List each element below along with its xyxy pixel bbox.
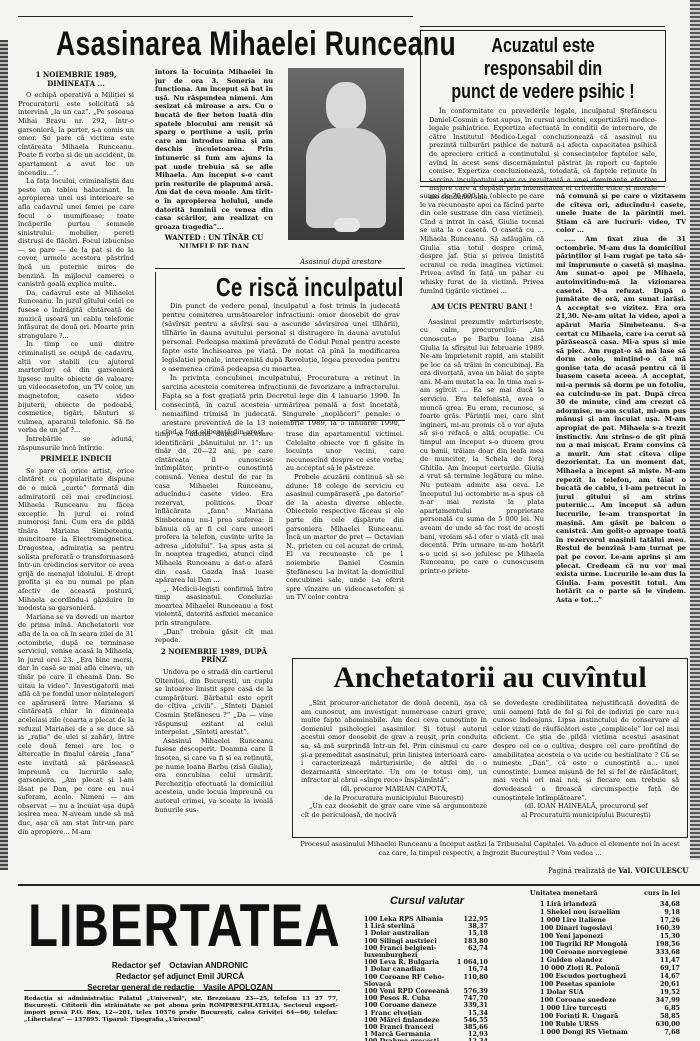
box-rule <box>290 420 405 421</box>
date-subhead: 1 NOIEMBRIE 1989, DIMINEAȚA ... <box>18 71 134 88</box>
currency-row: 100 Coroane suedeze347,99 <box>540 996 680 1004</box>
psych-headline-1: Acuzatul este responsabil din <box>445 35 640 81</box>
signature-capota-1: (dl. procuror MARIAN CAPOTĂ, <box>301 785 487 794</box>
paragraph: „Dan” trebuia găsit cît mai repede. <box>155 628 273 645</box>
currency-rate: 9,18 <box>664 908 680 916</box>
currency-title: Cursul valutar <box>390 895 464 907</box>
2-noiembrie-subhead: 2 NOIEMBRIE 1989, DUPĂ PRÎNZ <box>155 648 273 665</box>
currency-rate: 20,61 <box>660 980 680 988</box>
article-column-6: nă comună și pe care o vizitasem de cîte… <box>556 192 686 640</box>
currency-rate: 34,68 <box>660 900 680 908</box>
paragraph: Asasinul prezumtiv mărturisește, cu calm… <box>420 318 544 576</box>
investigators-box: Anchetatorii au cuvîntul „Sînt procuror-… <box>292 658 688 838</box>
paragraph: „. Medicii-legiști confirmă între timp a… <box>155 585 273 628</box>
currency-header: Unitatea monetarăcurs în lei <box>530 890 680 897</box>
photo-face <box>326 82 366 130</box>
currency-unit: 100 Pesetas spaniole <box>540 980 615 988</box>
currency-row: 100 Escudos portughezi14,67 <box>540 972 680 980</box>
paragraph: O echipă operativă a Miliției și Procura… <box>18 91 134 177</box>
header-unit: Unitatea monetară <box>530 890 597 897</box>
quote-hainela: se dovedește credibilitatea nejustificat… <box>493 699 679 802</box>
currency-row: 100 Tugriki RP Mongolă198,56 <box>540 940 680 948</box>
investigators-headline: Anchetatorii au cuvîntul <box>293 661 687 695</box>
signature-hainela-1: (dl. IOAN HAINEALĂ, procurorul șef <box>493 802 679 811</box>
paragraph: Întrebările se adună, răspunsurile încă … <box>18 435 134 452</box>
paragraph: Probele acuzării continuă să se adune: 1… <box>286 473 404 602</box>
currency-unit: 100 Yeni japonezi <box>540 932 603 940</box>
currency-unit: 1 Liră irlandeză <box>540 900 597 908</box>
paragraph: În privința concubinei inculpatului, Pro… <box>162 374 400 437</box>
currency-row: 100 Dinari iugoslavi160,39 <box>540 924 680 932</box>
top-rule <box>18 16 413 17</box>
box-rule <box>420 26 665 27</box>
currency-table-right: 1 Liră irlandeză34,681 Shekel nou israel… <box>540 900 680 1036</box>
currency-unit: 100 Tugriki RP Mongolă <box>540 940 627 948</box>
page-edge-left <box>0 40 8 870</box>
currency-row: 100 Forinți R. Ungară58,85 <box>540 1012 680 1020</box>
currency-rate: 160,39 <box>656 924 680 932</box>
paragraph: Da, cadavrul este al Mihaelei Runceanu. … <box>18 289 134 341</box>
box-rule <box>420 186 665 187</box>
psych-body: În conformitate cu prevederile legale, i… <box>421 104 665 205</box>
paragraph: trase din apartamentul victimei. Celelal… <box>286 430 404 473</box>
currency-rate: 62,74 <box>468 945 488 959</box>
paragraph: Mariana se va dovedi un martor de prima … <box>18 613 134 836</box>
article-column-2: întors la locuința Mihaelei în jur de or… <box>155 68 273 248</box>
article-column-3: timp se adună datele necesare identifică… <box>155 430 273 865</box>
currency-rate: 110,80 <box>464 974 488 988</box>
currency-unit: 100 Forinți R. Ungară <box>540 1012 618 1020</box>
risk-box: Ce riscă inculpatul Din punct de vedere … <box>155 272 406 410</box>
psych-box: Acuzatul este responsabil din punct de v… <box>420 30 666 182</box>
currency-row: 100 Yeni japonezi15,30 <box>540 932 680 940</box>
currency-row: 1 000 Lire turcești6,85 <box>540 1004 680 1012</box>
photo-body <box>306 128 386 228</box>
currency-rate: 15,30 <box>660 932 680 940</box>
paragraph: Asasinul Mihaelei Runceanu fusese descop… <box>155 737 273 814</box>
currency-row: 10 000 Zloți R. Polonă69,17 <box>540 964 680 972</box>
currency-unit: 1 000 Lire turcești <box>540 1004 607 1012</box>
signature-capota-2: de la Procuratura municipiului București… <box>301 794 487 803</box>
currency-unit: 1 Gulden olandez <box>540 956 602 964</box>
currency-rate: 333,68 <box>656 948 680 956</box>
article-column-5: sumei de 70 000 lei, (obiecte pe care le… <box>420 192 544 640</box>
currency-row: 1 Liră irlandeză34,68 <box>540 900 680 908</box>
am-ucis-subhead: AM UCIS PENTRU BANI ! <box>420 303 544 312</box>
currency-unit: 10 000 Zloți R. Polonă <box>540 964 620 972</box>
currency-row: 1 Shekel nou israelian9,18 <box>540 908 680 916</box>
signature-hainela-2: al Procuraturii municipiului București) <box>493 811 679 820</box>
paragraph: Se pare că orice artist, orice cîntăreț … <box>18 467 134 613</box>
currency-unit: 1 Dolar SUA <box>540 988 584 996</box>
paragraph: sumei de 70 000 lei, (obiecte pe care le… <box>420 192 544 295</box>
currency-rate: 17,26 <box>660 916 680 924</box>
currency-row: 100 Coroane RF Ceho-Slovacă110,80 <box>364 974 488 988</box>
currency-unit: 100 Coroane norvegiene <box>540 948 627 956</box>
masthead-staff: Redactor șef Octavian ANDRONIC Redactor … <box>60 960 300 993</box>
currency-unit: 100 Coroane RF Ceho-Slovacă <box>364 974 464 988</box>
currency-rate: 630,00 <box>656 1020 680 1028</box>
masthead-rule <box>18 884 700 886</box>
paragraph: În timp ce unii dintre criminaliști se o… <box>18 340 134 435</box>
imprint-rule <box>24 990 340 991</box>
currency-row: 1 000 Dongi RS Vietnam7,68 <box>540 1028 680 1036</box>
staff-line-2: Redactor șef adjunct Emil JURCĂ <box>60 971 300 982</box>
closing-note: Procesul asasinului Mihaelei Runceanu a … <box>300 840 680 857</box>
currency-row: 1 Gulden olandez11,47 <box>540 956 680 964</box>
page-edge-right <box>690 0 700 860</box>
main-headline: Asasinarea Mihaelei Runceanu <box>56 26 456 62</box>
article-column-4: trase din apartamentul victimei. Celelal… <box>286 430 404 640</box>
quote-hainela-start: „Un caz deosebit de grav care vine să ar… <box>301 802 487 819</box>
page-credit: Pagină realizată de Val. VOICULESCU <box>548 866 688 875</box>
currency-row: 100 Pesetas spaniole20,61 <box>540 980 680 988</box>
photo-caption: Asasinul după arestare <box>300 258 382 266</box>
risk-headline: Ce riscă inculpatul <box>216 272 364 302</box>
staff-name: Octavian ANDRONIC <box>169 961 248 970</box>
currency-row: 100 Ruble URSS630,00 <box>540 1020 680 1028</box>
primele-indicii-subhead: PRIMELE INDICII <box>18 455 134 464</box>
masthead-title: LIBERTATEA <box>28 896 340 956</box>
currency-unit: 1 Shekel nou israelian <box>540 908 620 916</box>
currency-unit: 100 Dinari iugoslavi <box>540 924 612 932</box>
quote-capota: „Sînt procuror-anchetator de două deceni… <box>301 699 487 785</box>
currency-unit: 100 Coroane suedeze <box>540 996 616 1004</box>
staff-label: Redactor șef <box>112 961 160 970</box>
paragraph: Undeva pe o stradă din cartierul Olteniț… <box>155 668 273 737</box>
article-column-1: 1 NOIEMBRIE 1989, DIMINEAȚA ... O echipă… <box>18 68 134 868</box>
currency-row: 100 Coroane norvegiene333,68 <box>540 948 680 956</box>
paragraph: La fața locului, criminaliștii dau peste… <box>18 177 134 289</box>
currency-rate: 19,52 <box>660 988 680 996</box>
credit-label: Pagină realizată de <box>548 867 616 875</box>
photo-hands <box>334 218 360 232</box>
paragraph: nă comună și pe care o vizitasem de cîte… <box>556 192 686 235</box>
currency-row: 1 000 Lire italiene17,26 <box>540 916 680 924</box>
credit-name: Val. VOICULESCU <box>618 866 688 875</box>
currency-rate: 6,85 <box>664 1004 680 1012</box>
currency-rate: 347,99 <box>656 996 680 1004</box>
currency-unit: 1 000 Dongi RS Vietnam <box>540 1028 628 1036</box>
paragraph: Din punct de vedere penal, inculpatul a … <box>162 302 400 374</box>
currency-row: 100 Franci belgieni-luxemburghezi62,74 <box>364 945 488 959</box>
psych-headline-2: punct de vedere psihic ! <box>445 81 640 104</box>
currency-unit: 100 Franci belgieni-luxemburghezi <box>364 945 468 959</box>
currency-table-left: 100 Leka RPS Albania122,951 Liră sterlin… <box>364 916 488 1041</box>
box-rule <box>155 268 405 269</box>
currency-unit: 1 000 Lire italiene <box>540 916 606 924</box>
currency-unit: 100 Escudos portughezi <box>540 972 626 980</box>
wanted-subhead: WANTED : UN TÎNĂR CU NUMELE DE DAN <box>155 234 273 248</box>
currency-rate: 14,67 <box>660 972 680 980</box>
currency-rate: 198,56 <box>656 940 680 948</box>
currency-rate: 11,47 <box>660 956 680 964</box>
paragraph: întors la locuința Mihaelei în jur de or… <box>155 68 273 231</box>
currency-rate: 58,85 <box>660 1012 680 1020</box>
paragraph: ..... Am fixat ziua de 31 octombrie. M-a… <box>556 235 686 605</box>
header-rate: curs în lei <box>644 890 680 897</box>
paragraph: timp se adună datele necesare identifică… <box>155 430 273 585</box>
imprint: Redacția și administrația: Palatul „Univ… <box>24 996 338 1024</box>
suspect-photo <box>288 68 404 240</box>
currency-unit: 100 Ruble URSS <box>540 1020 599 1028</box>
currency-rate: 7,68 <box>664 1028 680 1036</box>
currency-rate: 69,17 <box>660 964 680 972</box>
currency-row: 1 Dolar SUA19,52 <box>540 988 680 996</box>
